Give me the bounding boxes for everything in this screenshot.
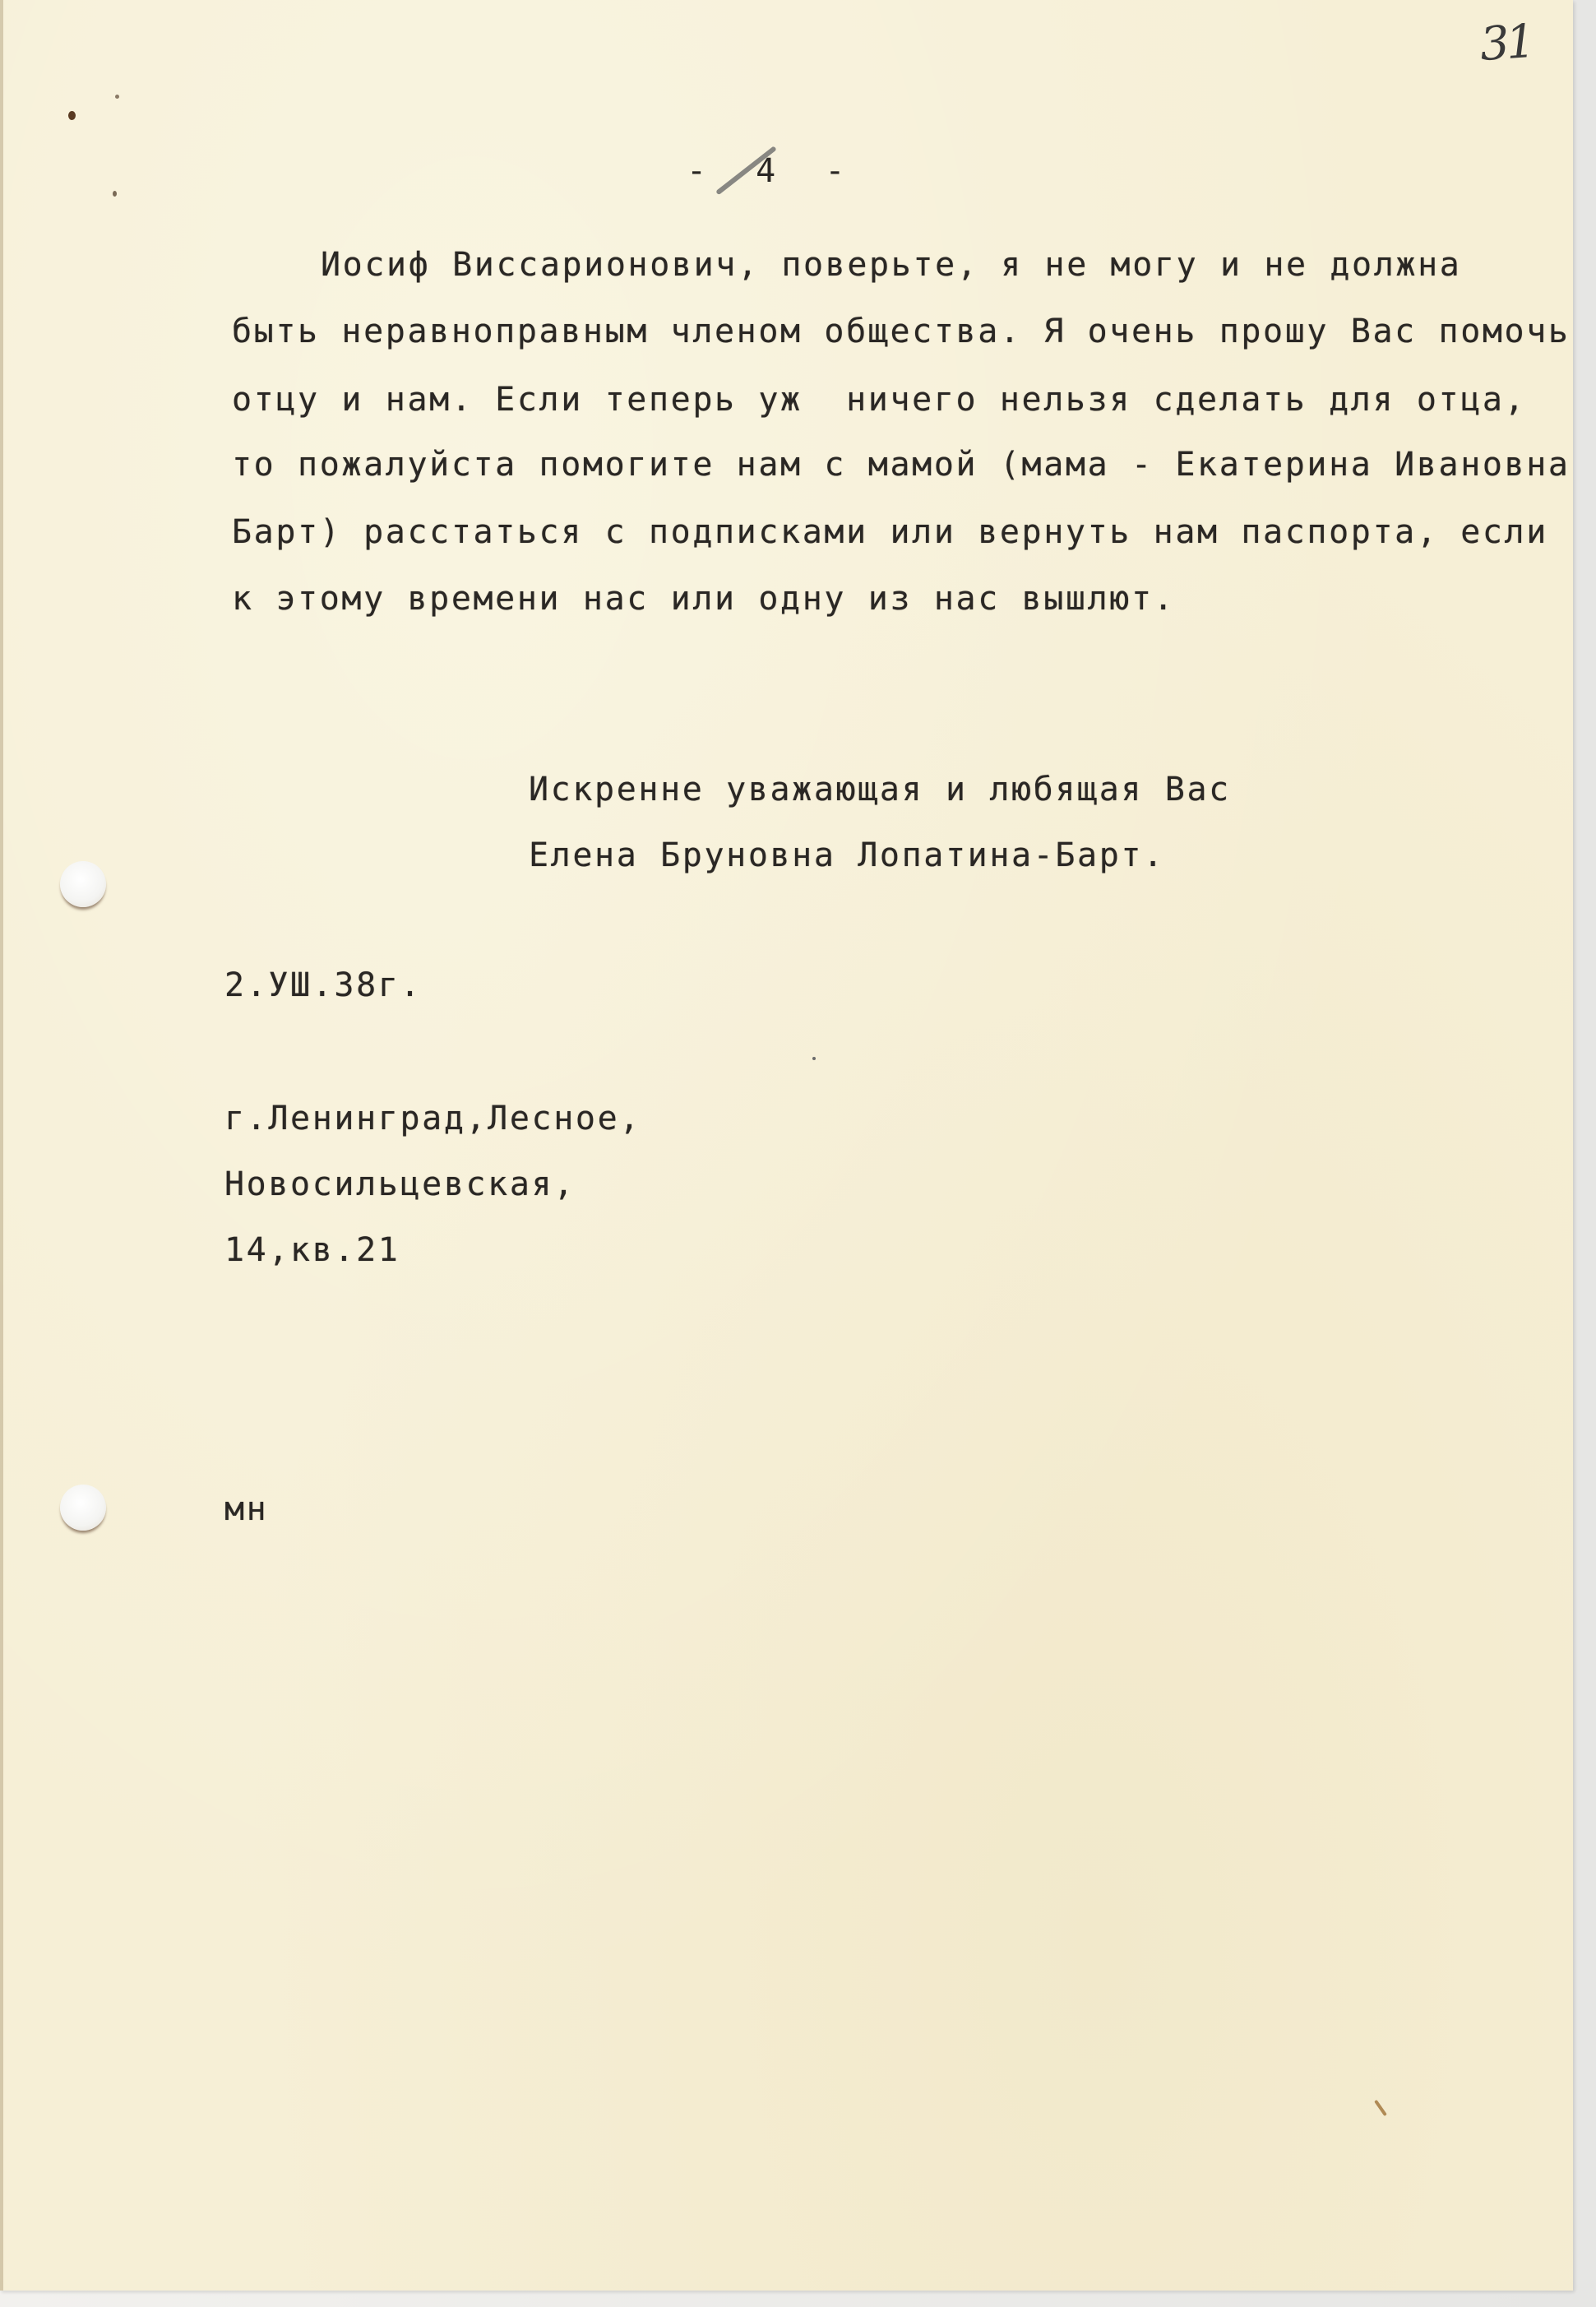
- body-line: Иосиф Виссарионович, поверьте, я не могу…: [321, 248, 1461, 281]
- letter-date: 2.УШ.38г.: [224, 969, 422, 1002]
- punch-hole: [60, 861, 106, 907]
- paper-speck: [113, 191, 117, 197]
- address-line: г.Ленинград,Лесное,: [224, 1102, 641, 1135]
- body-line: Барт) расстаться с подписками или вернут…: [232, 516, 1548, 549]
- body-line: к этому времени нас или одну из нас вышл…: [232, 582, 1175, 615]
- address-line: Новосильцевская,: [224, 1168, 576, 1201]
- pencil-mark: [1374, 2100, 1387, 2116]
- address-line: 14,кв.21: [224, 1234, 400, 1267]
- document-page: 31 - 4 - Иосиф Виссарионович, поверьте, …: [0, 0, 1573, 2291]
- archive-page-number: 31: [1478, 15, 1534, 72]
- paper-speck: [812, 1057, 816, 1060]
- closing-line: Искренне уважающая и любящая Вас: [529, 773, 1231, 806]
- punch-hole: [60, 1485, 106, 1531]
- signature-name: Елена Бруновна Лопатина-Барт.: [529, 839, 1165, 872]
- typist-initials: мн: [224, 1493, 268, 1526]
- body-line: отцу и нам. Если теперь уж ничего нельзя…: [232, 383, 1526, 416]
- paper-speck: [68, 111, 76, 120]
- header-page-mark: - 4 -: [687, 152, 859, 190]
- body-line: быть неравноправным членом общества. Я о…: [232, 315, 1571, 348]
- paper-speck: [115, 95, 119, 99]
- body-line: то пожалуйста помогите нам с мамой (мама…: [232, 448, 1571, 481]
